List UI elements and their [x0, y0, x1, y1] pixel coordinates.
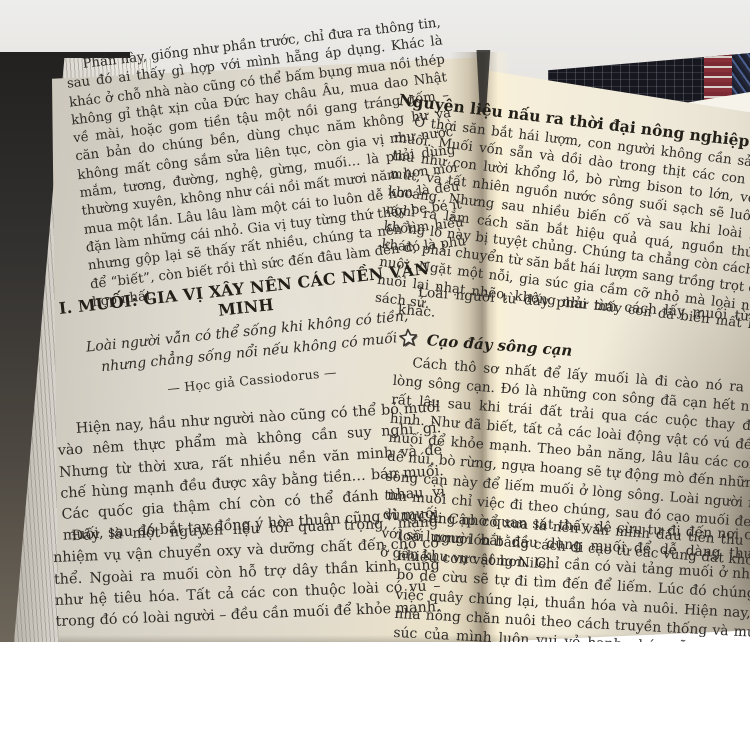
right-page-bottom-group: Cũng nhờ quan sát thấy dê cừu tự đi đến …: [392, 508, 750, 642]
star-doodle-icon: [397, 327, 419, 349]
photo-area: Phần này, giống như phần trước, chỉ đưa …: [0, 0, 750, 642]
open-book-photo: Phần này, giống như phần trước, chỉ đưa …: [0, 0, 750, 750]
subsection-title: Cạo đáy sông cạn: [426, 331, 573, 360]
right-edge-shadow: [712, 420, 750, 642]
right-page-paragraph-4: Cũng nhờ quan sát thấy dê cừu tự đi đến …: [392, 508, 750, 642]
